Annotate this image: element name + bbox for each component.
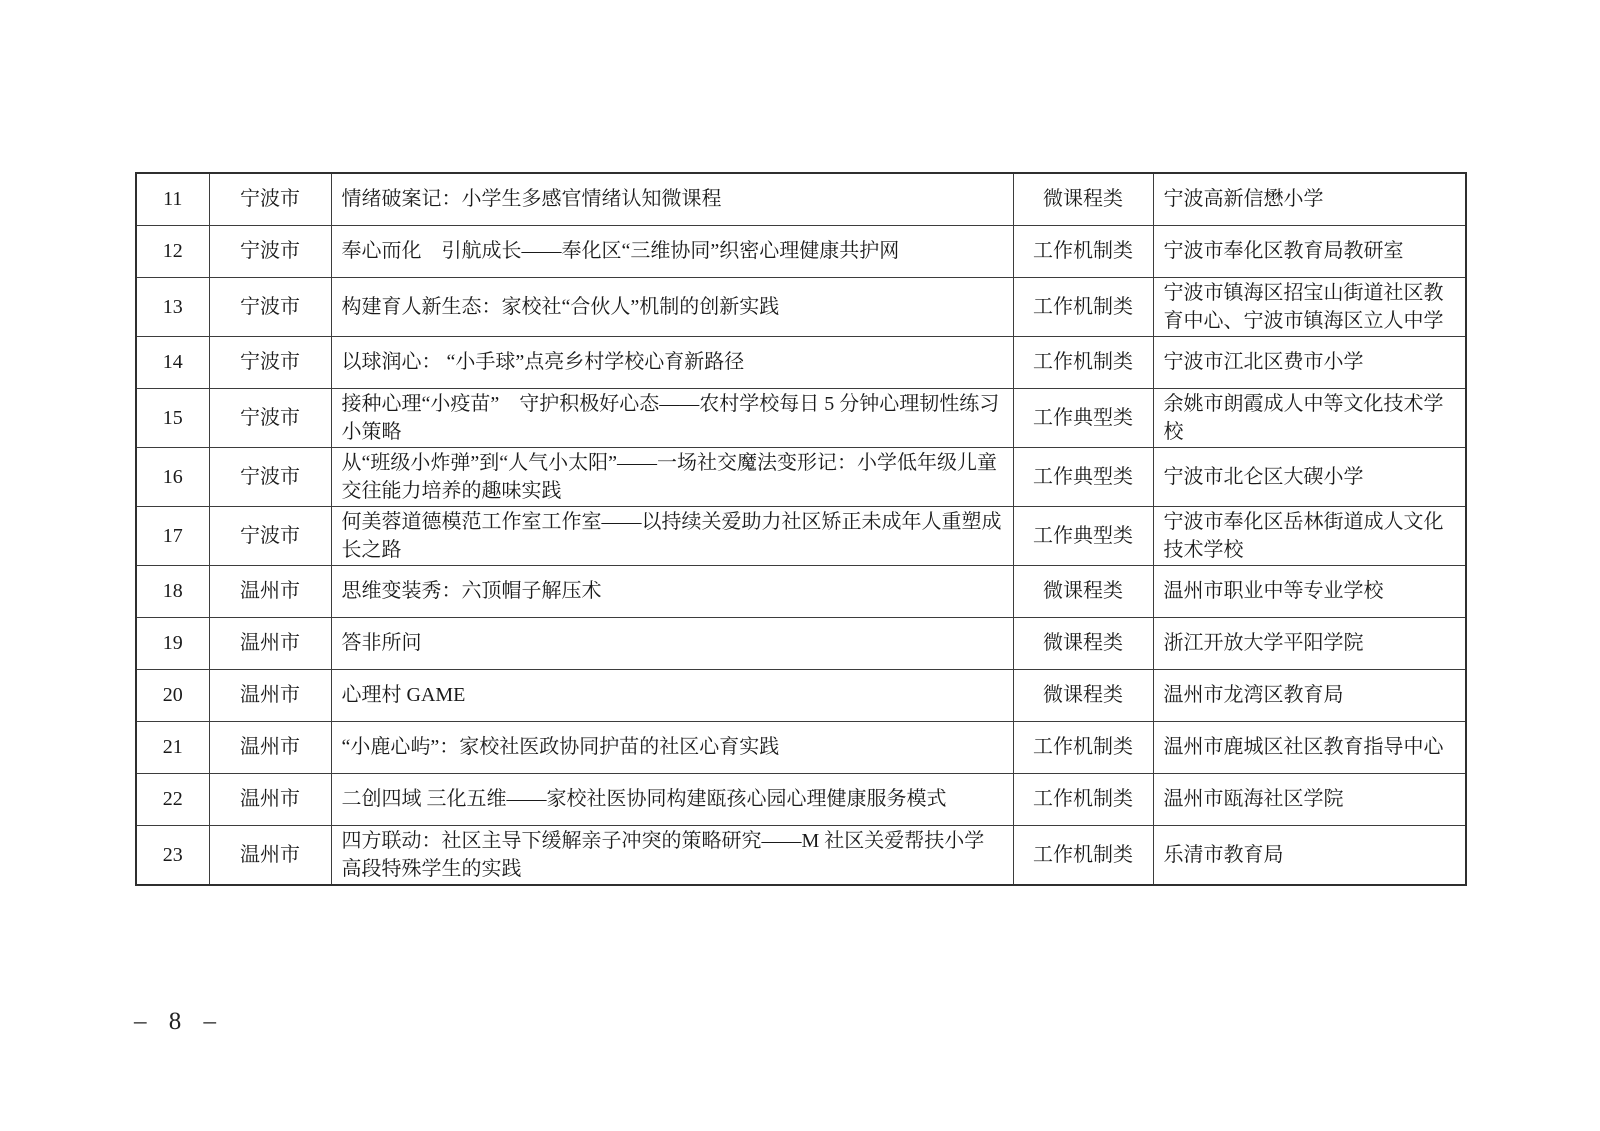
row-number-cell: 14 <box>136 336 209 388</box>
category-cell: 微课程类 <box>1013 565 1153 617</box>
category-cell: 工作机制类 <box>1013 825 1153 885</box>
title-cell: 构建育人新生态：家校社“合伙人”机制的创新实践 <box>331 277 1013 336</box>
organization-cell: 温州市瓯海社区学院 <box>1153 773 1466 825</box>
table-row: 13宁波市构建育人新生态：家校社“合伙人”机制的创新实践工作机制类宁波市镇海区招… <box>136 277 1466 336</box>
city-cell: 宁波市 <box>209 447 331 506</box>
page-number: – 8 – <box>134 1008 218 1036</box>
title-cell: 四方联动：社区主导下缓解亲子冲突的策略研究——M 社区关爱帮扶小学高段特殊学生的… <box>331 825 1013 885</box>
organization-cell: 浙江开放大学平阳学院 <box>1153 617 1466 669</box>
row-number-cell: 18 <box>136 565 209 617</box>
row-number-cell: 21 <box>136 721 209 773</box>
table-row: 11宁波市情绪破案记：小学生多感官情绪认知微课程微课程类宁波高新信懋小学 <box>136 173 1466 225</box>
organization-cell: 温州市鹿城区社区教育指导中心 <box>1153 721 1466 773</box>
organization-cell: 乐清市教育局 <box>1153 825 1466 885</box>
category-cell: 微课程类 <box>1013 669 1153 721</box>
category-cell: 工作典型类 <box>1013 388 1153 447</box>
city-cell: 宁波市 <box>209 225 331 277</box>
table-row: 19温州市答非所问微课程类浙江开放大学平阳学院 <box>136 617 1466 669</box>
organization-cell: 宁波市奉化区岳林街道成人文化技术学校 <box>1153 506 1466 565</box>
title-cell: 从“班级小炸弹”到“人气小太阳”——一场社交魔法变形记：小学低年级儿童交往能力培… <box>331 447 1013 506</box>
row-number-cell: 17 <box>136 506 209 565</box>
organization-cell: 宁波市江北区费市小学 <box>1153 336 1466 388</box>
title-cell: 以球润心： “小手球”点亮乡村学校心育新路径 <box>331 336 1013 388</box>
city-cell: 温州市 <box>209 825 331 885</box>
table-row: 16宁波市从“班级小炸弹”到“人气小太阳”——一场社交魔法变形记：小学低年级儿童… <box>136 447 1466 506</box>
category-cell: 工作典型类 <box>1013 447 1153 506</box>
category-cell: 工作机制类 <box>1013 721 1153 773</box>
title-cell: 情绪破案记：小学生多感官情绪认知微课程 <box>331 173 1013 225</box>
city-cell: 宁波市 <box>209 336 331 388</box>
city-cell: 温州市 <box>209 721 331 773</box>
title-cell: “小鹿心屿”：家校社医政协同护苗的社区心育实践 <box>331 721 1013 773</box>
category-cell: 微课程类 <box>1013 173 1153 225</box>
city-cell: 温州市 <box>209 565 331 617</box>
table-row: 20温州市心理村 GAME微课程类温州市龙湾区教育局 <box>136 669 1466 721</box>
table-row: 14宁波市以球润心： “小手球”点亮乡村学校心育新路径工作机制类宁波市江北区费市… <box>136 336 1466 388</box>
organization-cell: 宁波高新信懋小学 <box>1153 173 1466 225</box>
title-cell: 何美蓉道德模范工作室工作室——以持续关爱助力社区矫正未成年人重塑成长之路 <box>331 506 1013 565</box>
title-cell: 二创四域 三化五维——家校社医协同构建瓯孩心园心理健康服务模式 <box>331 773 1013 825</box>
row-number-cell: 11 <box>136 173 209 225</box>
city-cell: 宁波市 <box>209 506 331 565</box>
table-row: 21温州市“小鹿心屿”：家校社医政协同护苗的社区心育实践工作机制类温州市鹿城区社… <box>136 721 1466 773</box>
title-cell: 思维变装秀：六顶帽子解压术 <box>331 565 1013 617</box>
organization-cell: 温州市龙湾区教育局 <box>1153 669 1466 721</box>
organization-cell: 宁波市奉化区教育局教研室 <box>1153 225 1466 277</box>
row-number-cell: 20 <box>136 669 209 721</box>
table-row: 23温州市四方联动：社区主导下缓解亲子冲突的策略研究——M 社区关爱帮扶小学高段… <box>136 825 1466 885</box>
city-cell: 温州市 <box>209 617 331 669</box>
organization-cell: 余姚市朗霞成人中等文化技术学校 <box>1153 388 1466 447</box>
organization-cell: 宁波市镇海区招宝山街道社区教育中心、宁波市镇海区立人中学 <box>1153 277 1466 336</box>
category-cell: 工作机制类 <box>1013 336 1153 388</box>
award-table: 11宁波市情绪破案记：小学生多感官情绪认知微课程微课程类宁波高新信懋小学12宁波… <box>135 172 1467 886</box>
category-cell: 工作机制类 <box>1013 773 1153 825</box>
organization-cell: 温州市职业中等专业学校 <box>1153 565 1466 617</box>
title-cell: 奉心而化 引航成长——奉化区“三维协同”织密心理健康共护网 <box>331 225 1013 277</box>
table-row: 22温州市二创四域 三化五维——家校社医协同构建瓯孩心园心理健康服务模式工作机制… <box>136 773 1466 825</box>
table-row: 12宁波市奉心而化 引航成长——奉化区“三维协同”织密心理健康共护网工作机制类宁… <box>136 225 1466 277</box>
row-number-cell: 13 <box>136 277 209 336</box>
title-cell: 接种心理“小疫苗” 守护积极好心态——农村学校每日 5 分钟心理韧性练习小策略 <box>331 388 1013 447</box>
row-number-cell: 16 <box>136 447 209 506</box>
city-cell: 温州市 <box>209 773 331 825</box>
table-row: 17宁波市何美蓉道德模范工作室工作室——以持续关爱助力社区矫正未成年人重塑成长之… <box>136 506 1466 565</box>
row-number-cell: 22 <box>136 773 209 825</box>
category-cell: 工作典型类 <box>1013 506 1153 565</box>
organization-cell: 宁波市北仑区大碶小学 <box>1153 447 1466 506</box>
city-cell: 宁波市 <box>209 173 331 225</box>
city-cell: 宁波市 <box>209 277 331 336</box>
row-number-cell: 15 <box>136 388 209 447</box>
title-cell: 答非所问 <box>331 617 1013 669</box>
title-cell: 心理村 GAME <box>331 669 1013 721</box>
category-cell: 工作机制类 <box>1013 225 1153 277</box>
row-number-cell: 23 <box>136 825 209 885</box>
table-row: 18温州市思维变装秀：六顶帽子解压术微课程类温州市职业中等专业学校 <box>136 565 1466 617</box>
category-cell: 微课程类 <box>1013 617 1153 669</box>
award-table-body: 11宁波市情绪破案记：小学生多感官情绪认知微课程微课程类宁波高新信懋小学12宁波… <box>136 173 1466 885</box>
table-row: 15宁波市接种心理“小疫苗” 守护积极好心态——农村学校每日 5 分钟心理韧性练… <box>136 388 1466 447</box>
category-cell: 工作机制类 <box>1013 277 1153 336</box>
city-cell: 宁波市 <box>209 388 331 447</box>
row-number-cell: 12 <box>136 225 209 277</box>
document-page: 11宁波市情绪破案记：小学生多感官情绪认知微课程微课程类宁波高新信懋小学12宁波… <box>0 0 1600 1131</box>
city-cell: 温州市 <box>209 669 331 721</box>
row-number-cell: 19 <box>136 617 209 669</box>
